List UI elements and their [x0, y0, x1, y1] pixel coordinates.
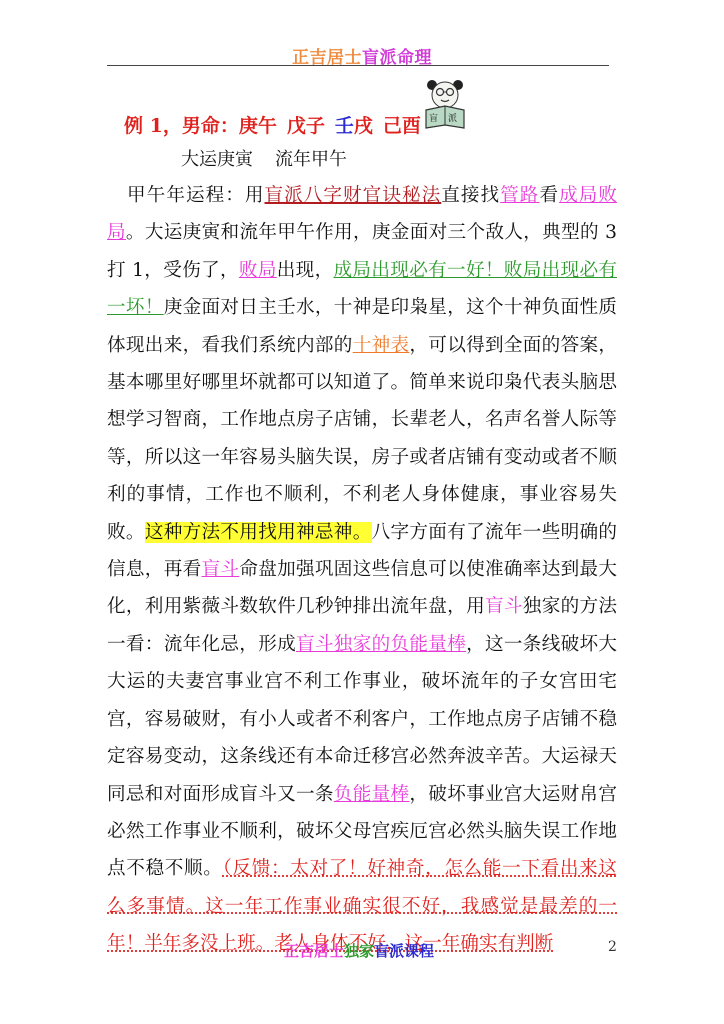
luck-period-line: 大运庚寅流年甲午	[181, 145, 347, 171]
pillar-day-stem: 壬	[335, 115, 354, 137]
svg-text:盲: 盲	[429, 112, 438, 124]
header-divider	[107, 65, 609, 66]
footer-author: 正吉居士	[284, 942, 344, 960]
text: 出现，	[277, 260, 334, 281]
mangdou-term: 盲斗	[485, 596, 523, 617]
liunian-label: 流年甲午	[275, 149, 347, 170]
text: ，这一条线破坏大大运的夫妻宫事业宫不利工作事业，破坏流年的子女宫田宅宫，容易破财…	[107, 634, 617, 805]
pillar-hour: 己酉	[383, 115, 421, 137]
pillar-year: 庚午	[239, 115, 277, 137]
link-caiguan-method[interactable]: 盲派八字财官诀秘法	[265, 185, 442, 206]
page-footer: 正吉居士独家盲派课程	[284, 940, 434, 961]
link-negative-energy-bar[interactable]: 负能量棒	[334, 784, 410, 805]
link-mangdou[interactable]: 盲斗	[202, 559, 240, 580]
footer-course: 盲派课程	[374, 942, 434, 960]
pillar-month: 戊子	[287, 115, 325, 137]
highlighted-note: 这种方法不用找用神忌神。	[145, 522, 372, 543]
link-negative-energy-bar-exclusive[interactable]: 盲斗独家的负能量棒	[296, 634, 466, 655]
dayun-label: 大运庚寅	[181, 149, 253, 170]
page-number: 2	[608, 939, 617, 955]
text: 甲午年运程：用	[126, 185, 265, 206]
text: 直接找	[441, 185, 500, 206]
example-label: 例 1，男命：	[124, 115, 239, 137]
body-paragraph: 甲午年运程：用盲派八字财官诀秘法直接找管路看成局败局。大运庚寅和流年甲午作用，庚…	[107, 177, 617, 963]
link-baiju[interactable]: 败局	[239, 260, 277, 281]
text: ，可以得到全面的答案，基本哪里好哪里坏就都可以知道了。简单来说印枭代表头脑思想学…	[107, 335, 617, 543]
example-heading: 例 1，男命：庚午戊子壬戌己酉	[124, 111, 421, 138]
link-shishen-table[interactable]: 十神表	[353, 335, 410, 356]
pillar-day-branch: 戌	[354, 115, 373, 137]
svg-text:派: 派	[448, 112, 457, 124]
panda-reading-book-icon: 盲 派	[420, 78, 470, 132]
footer-exclusive: 独家	[344, 942, 374, 960]
link-guanlu[interactable]: 管路	[500, 185, 539, 206]
pillar-day: 壬戌	[335, 115, 373, 137]
text: 看	[539, 185, 559, 206]
